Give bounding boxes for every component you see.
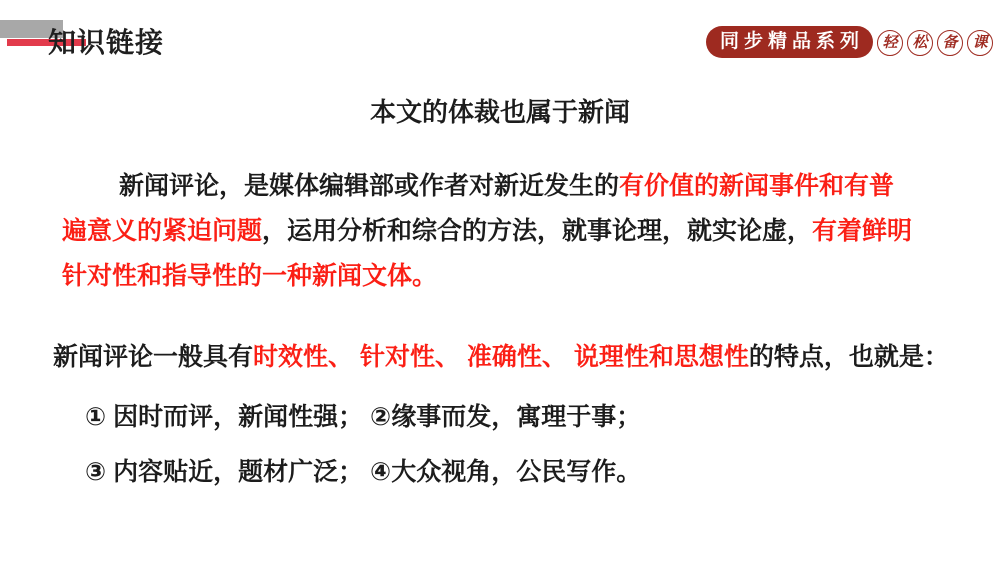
paragraph-line: 针对性和指导性的一种新闻文体。 xyxy=(62,256,437,292)
seal-stamp: 备 xyxy=(937,30,963,56)
bullet-line: ① 因时而评，新闻性强； ②缘事而发，寓理于事； xyxy=(85,397,641,433)
seal-stamp: 轻 xyxy=(877,30,903,56)
content-title: 本文的体裁也属于新闻 xyxy=(0,92,1000,129)
text-segment: 针对性和指导性的一种新闻文体。 xyxy=(62,262,437,290)
seal-stamp: 松 xyxy=(907,30,933,56)
paragraph-line: 遍意义的紧迫问题，运用分析和综合的方法，就事论理，就实论虚，有着鲜明 xyxy=(62,211,912,247)
section-title: 知识链接 xyxy=(48,21,164,61)
text-segment: ，运用分析和综合的方法，就事论理，就实论虚， xyxy=(262,217,812,245)
text-segment: 的特点，也就是： xyxy=(749,343,949,371)
text-segment: 有价值的新闻事件和有普 xyxy=(619,172,894,200)
text-segment: 遍意义的紧迫问题 xyxy=(62,217,262,245)
paragraph-line: 新闻评论一般具有时效性、 针对性、 准确性、 说理性和思想性的特点，也就是： xyxy=(53,337,949,373)
bullet-line: ③ 内容贴近，题材广泛； ④大众视角，公民写作。 xyxy=(85,452,641,488)
text-segment: 时效性、 针对性、 准确性、 说理性和思想性 xyxy=(253,343,749,371)
text-segment: 有着鲜明 xyxy=(812,217,912,245)
slide-canvas: 知识链接 同步精品系列 轻 松 备 课 本文的体裁也属于新闻 新闻评论，是媒体编… xyxy=(0,0,1000,563)
text-segment: 新闻评论，是媒体编辑部或作者对新近发生的 xyxy=(119,172,619,200)
seal-stamp: 课 xyxy=(967,30,993,56)
paragraph-line: 新闻评论，是媒体编辑部或作者对新近发生的有价值的新闻事件和有普 xyxy=(119,166,894,202)
text-segment: 新闻评论一般具有 xyxy=(53,343,253,371)
series-badge: 同步精品系列 xyxy=(706,26,873,58)
